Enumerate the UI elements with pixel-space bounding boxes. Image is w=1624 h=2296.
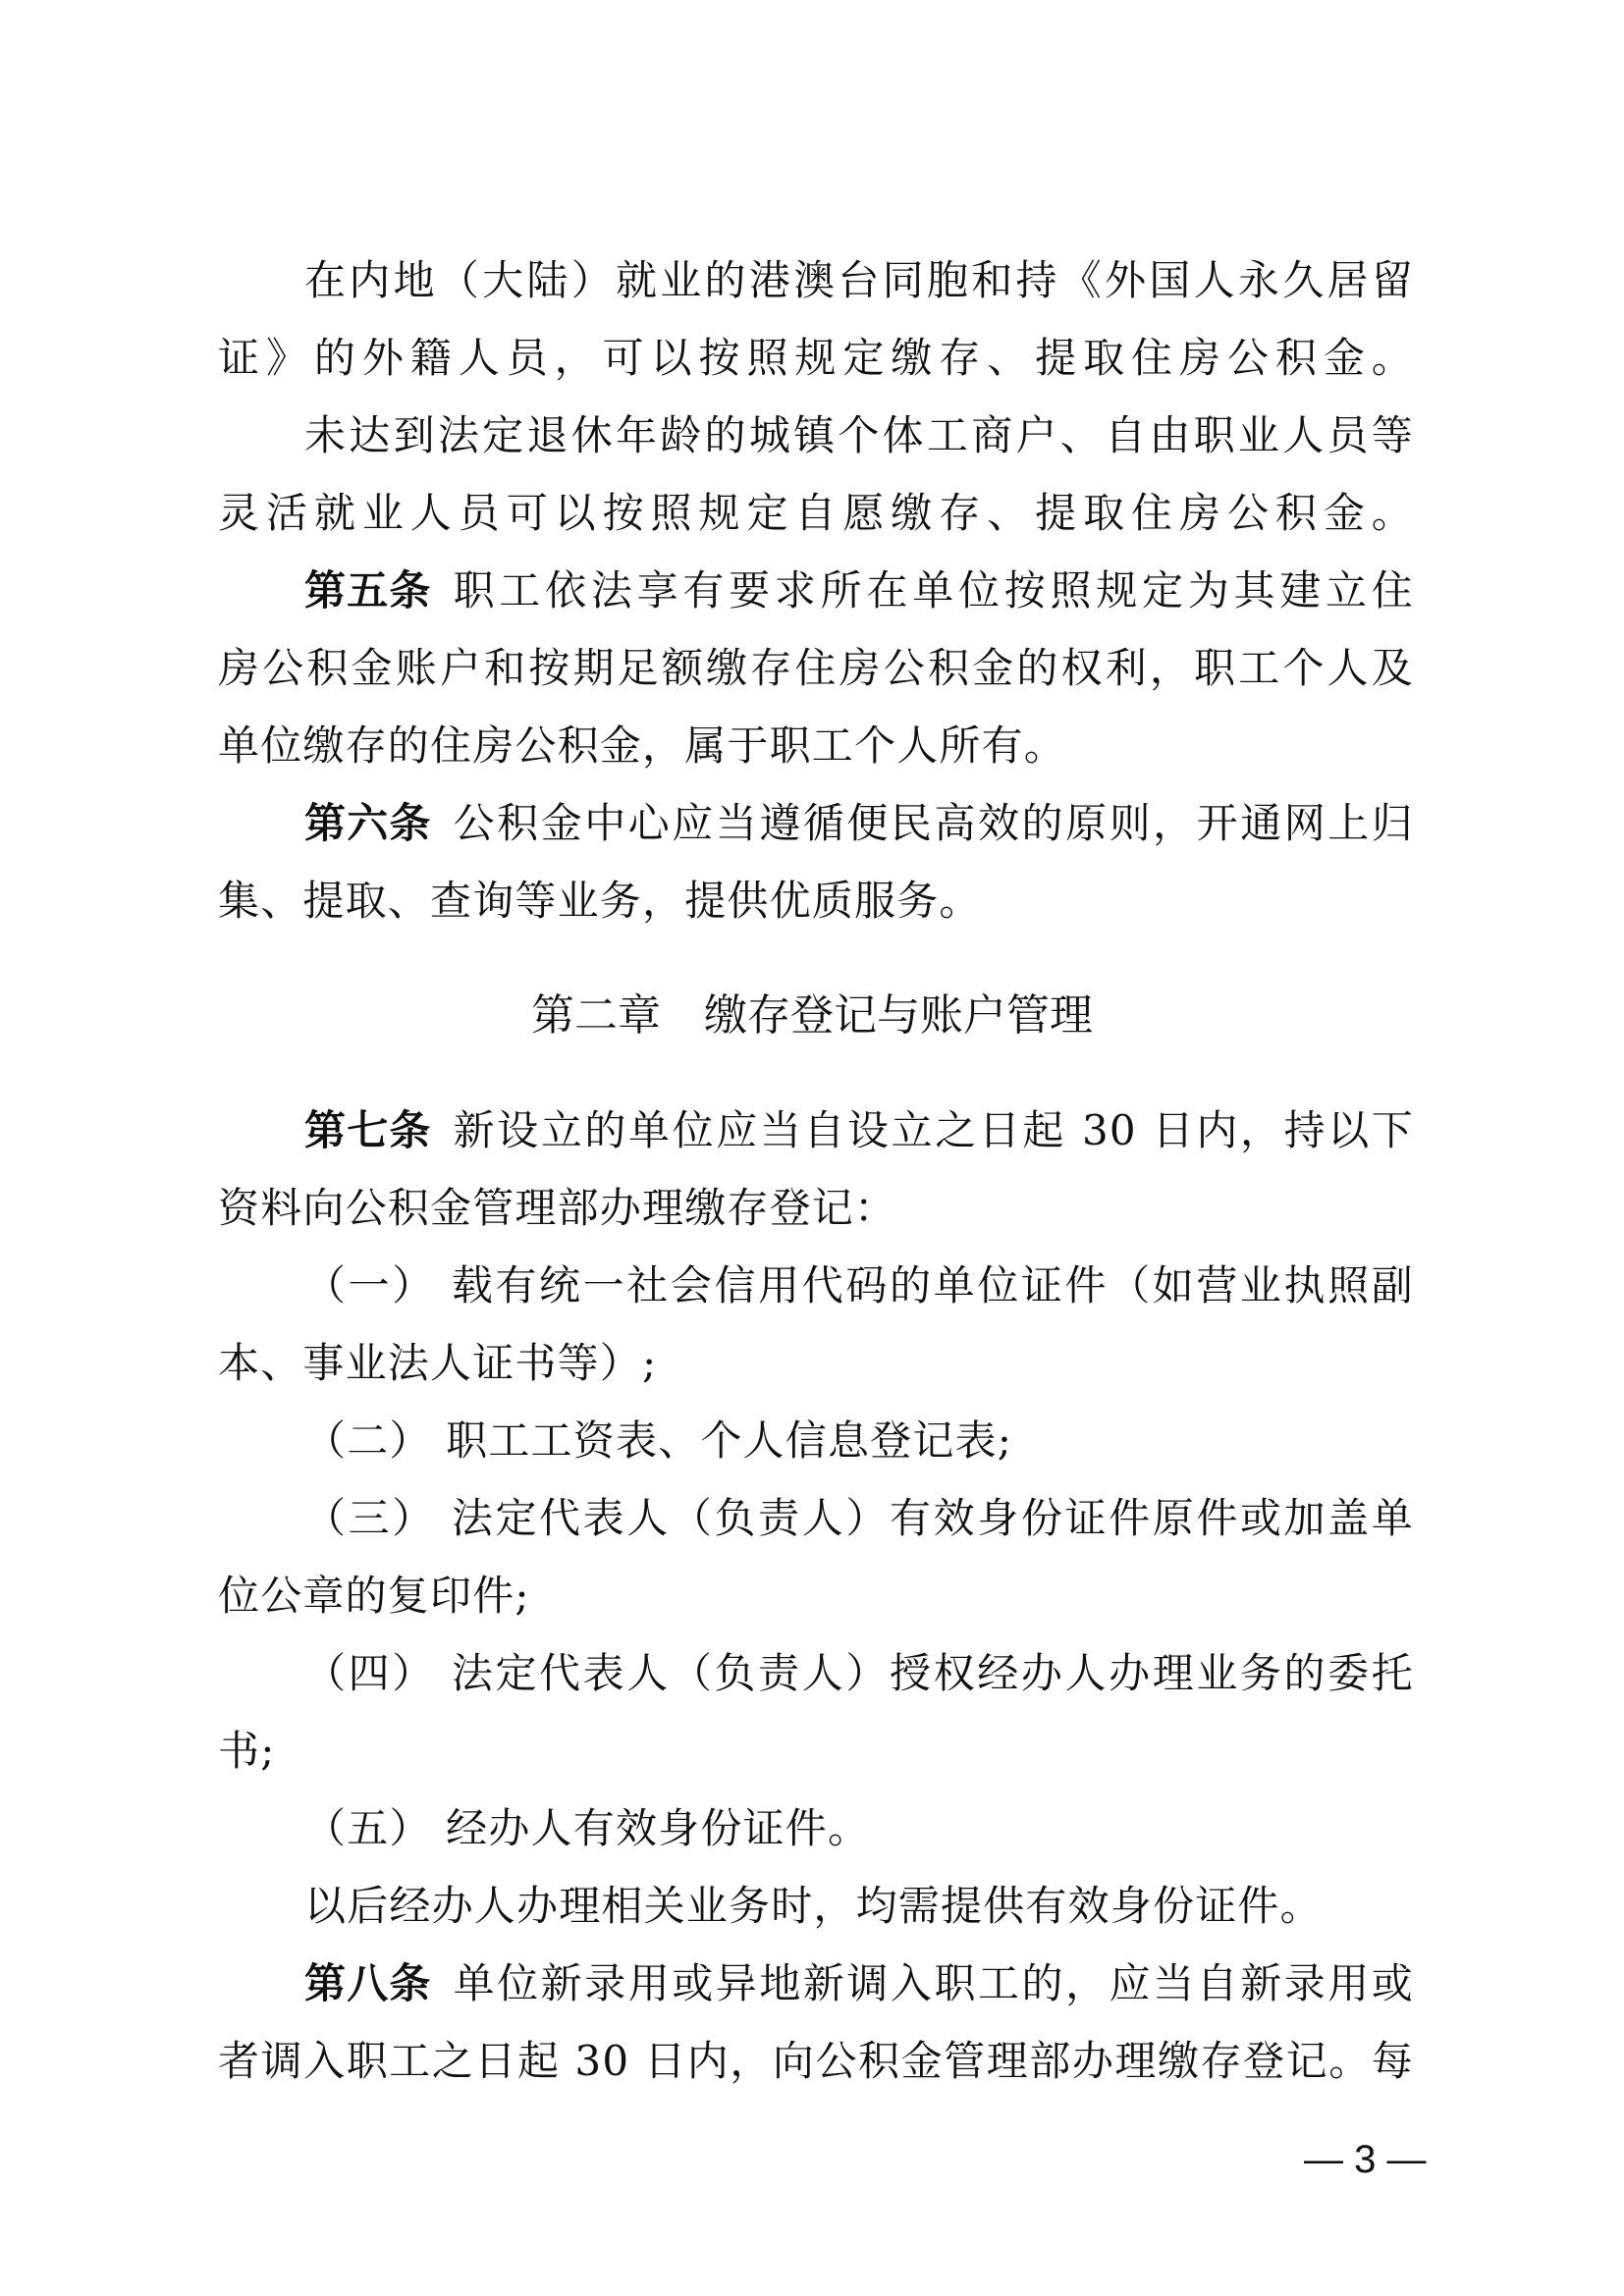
- list-item-3: （三） 法定代表人（负责人）有效身份证件原件或加盖单: [304, 1489, 1414, 1548]
- paragraph-line: 资料向公积金管理部办理缴存登记：: [218, 1179, 1414, 1238]
- chapter-heading: 第二章缴存登记与账户管理: [0, 987, 1624, 1045]
- article-label: 第六条: [304, 794, 432, 853]
- article-8-first-line: 第八条 单位新录用或异地新调入职工的，应当自新录用或: [304, 1954, 1414, 2013]
- list-item-2: （二） 职工工资表、个人信息登记表;: [304, 1412, 1414, 1470]
- paragraph-line: 证》的外籍人员，可以按照规定缴存、提取住房公积金。: [218, 329, 1414, 388]
- document-page: 在内地（大陆）就业的港澳台同胞和持《外国人永久居留 证》的外籍人员，可以按照规定…: [0, 0, 1624, 2296]
- paragraph-line: 未达到法定退休年龄的城镇个体工商户、自由职业人员等: [304, 406, 1414, 465]
- paragraph-line: 位公章的复印件;: [218, 1567, 1414, 1626]
- article-5-first-line: 第五条 职工依法享有要求所在单位按照规定为其建立住: [304, 561, 1414, 620]
- page-number: — 3 —: [1304, 2135, 1426, 2184]
- article-7-first-line: 第七条 新设立的单位应当自设立之日起 30 日内，持以下: [304, 1101, 1414, 1160]
- list-item-1: （一） 载有统一社会信用代码的单位证件（如营业执照副: [304, 1256, 1414, 1315]
- paragraph-line: 房公积金账户和按期足额缴存住房公积金的权利，职工个人及: [218, 639, 1414, 698]
- paragraph-line: 集、提取、查询等业务，提供优质服务。: [218, 872, 1414, 931]
- paragraph-line: 在内地（大陆）就业的港澳台同胞和持《外国人永久居留: [304, 251, 1414, 310]
- article-label: 第五条: [304, 561, 432, 620]
- paragraph-line: 本、事业法人证书等）;: [218, 1334, 1414, 1393]
- paragraph-text: 公积金中心应当遵循便民高效的原则，开通网上归: [454, 794, 1414, 853]
- paragraph-line: 灵活就业人员可以按照规定自愿缴存、提取住房公积金。: [218, 484, 1414, 543]
- paragraph-line: 者调入职工之日起 30 日内，向公积金管理部办理缴存登记。每: [218, 2032, 1414, 2091]
- chapter-number: 第二章: [531, 990, 661, 1041]
- paragraph-line: 书;: [218, 1722, 1414, 1781]
- paragraph-text: 职工依法享有要求所在单位按照规定为其建立住: [454, 561, 1414, 620]
- list-item-5: （五） 经办人有效身份证件。: [304, 1799, 1414, 1858]
- paragraph-line: 单位缴存的住房公积金，属于职工个人所有。: [218, 717, 1414, 775]
- paragraph-line: 以后经办人办理相关业务时，均需提供有效身份证件。: [304, 1877, 1414, 1936]
- article-label: 第七条: [304, 1101, 432, 1160]
- chapter-title: 缴存登记与账户管理: [704, 990, 1093, 1041]
- paragraph-text: 单位新录用或异地新调入职工的，应当自新录用或: [454, 1954, 1414, 2013]
- list-item-4: （四） 法定代表人（负责人）授权经办人办理业务的委托: [304, 1644, 1414, 1703]
- article-label: 第八条: [304, 1954, 432, 2013]
- paragraph-text: 新设立的单位应当自设立之日起 30 日内，持以下: [454, 1101, 1414, 1160]
- article-6-first-line: 第六条 公积金中心应当遵循便民高效的原则，开通网上归: [304, 794, 1414, 853]
